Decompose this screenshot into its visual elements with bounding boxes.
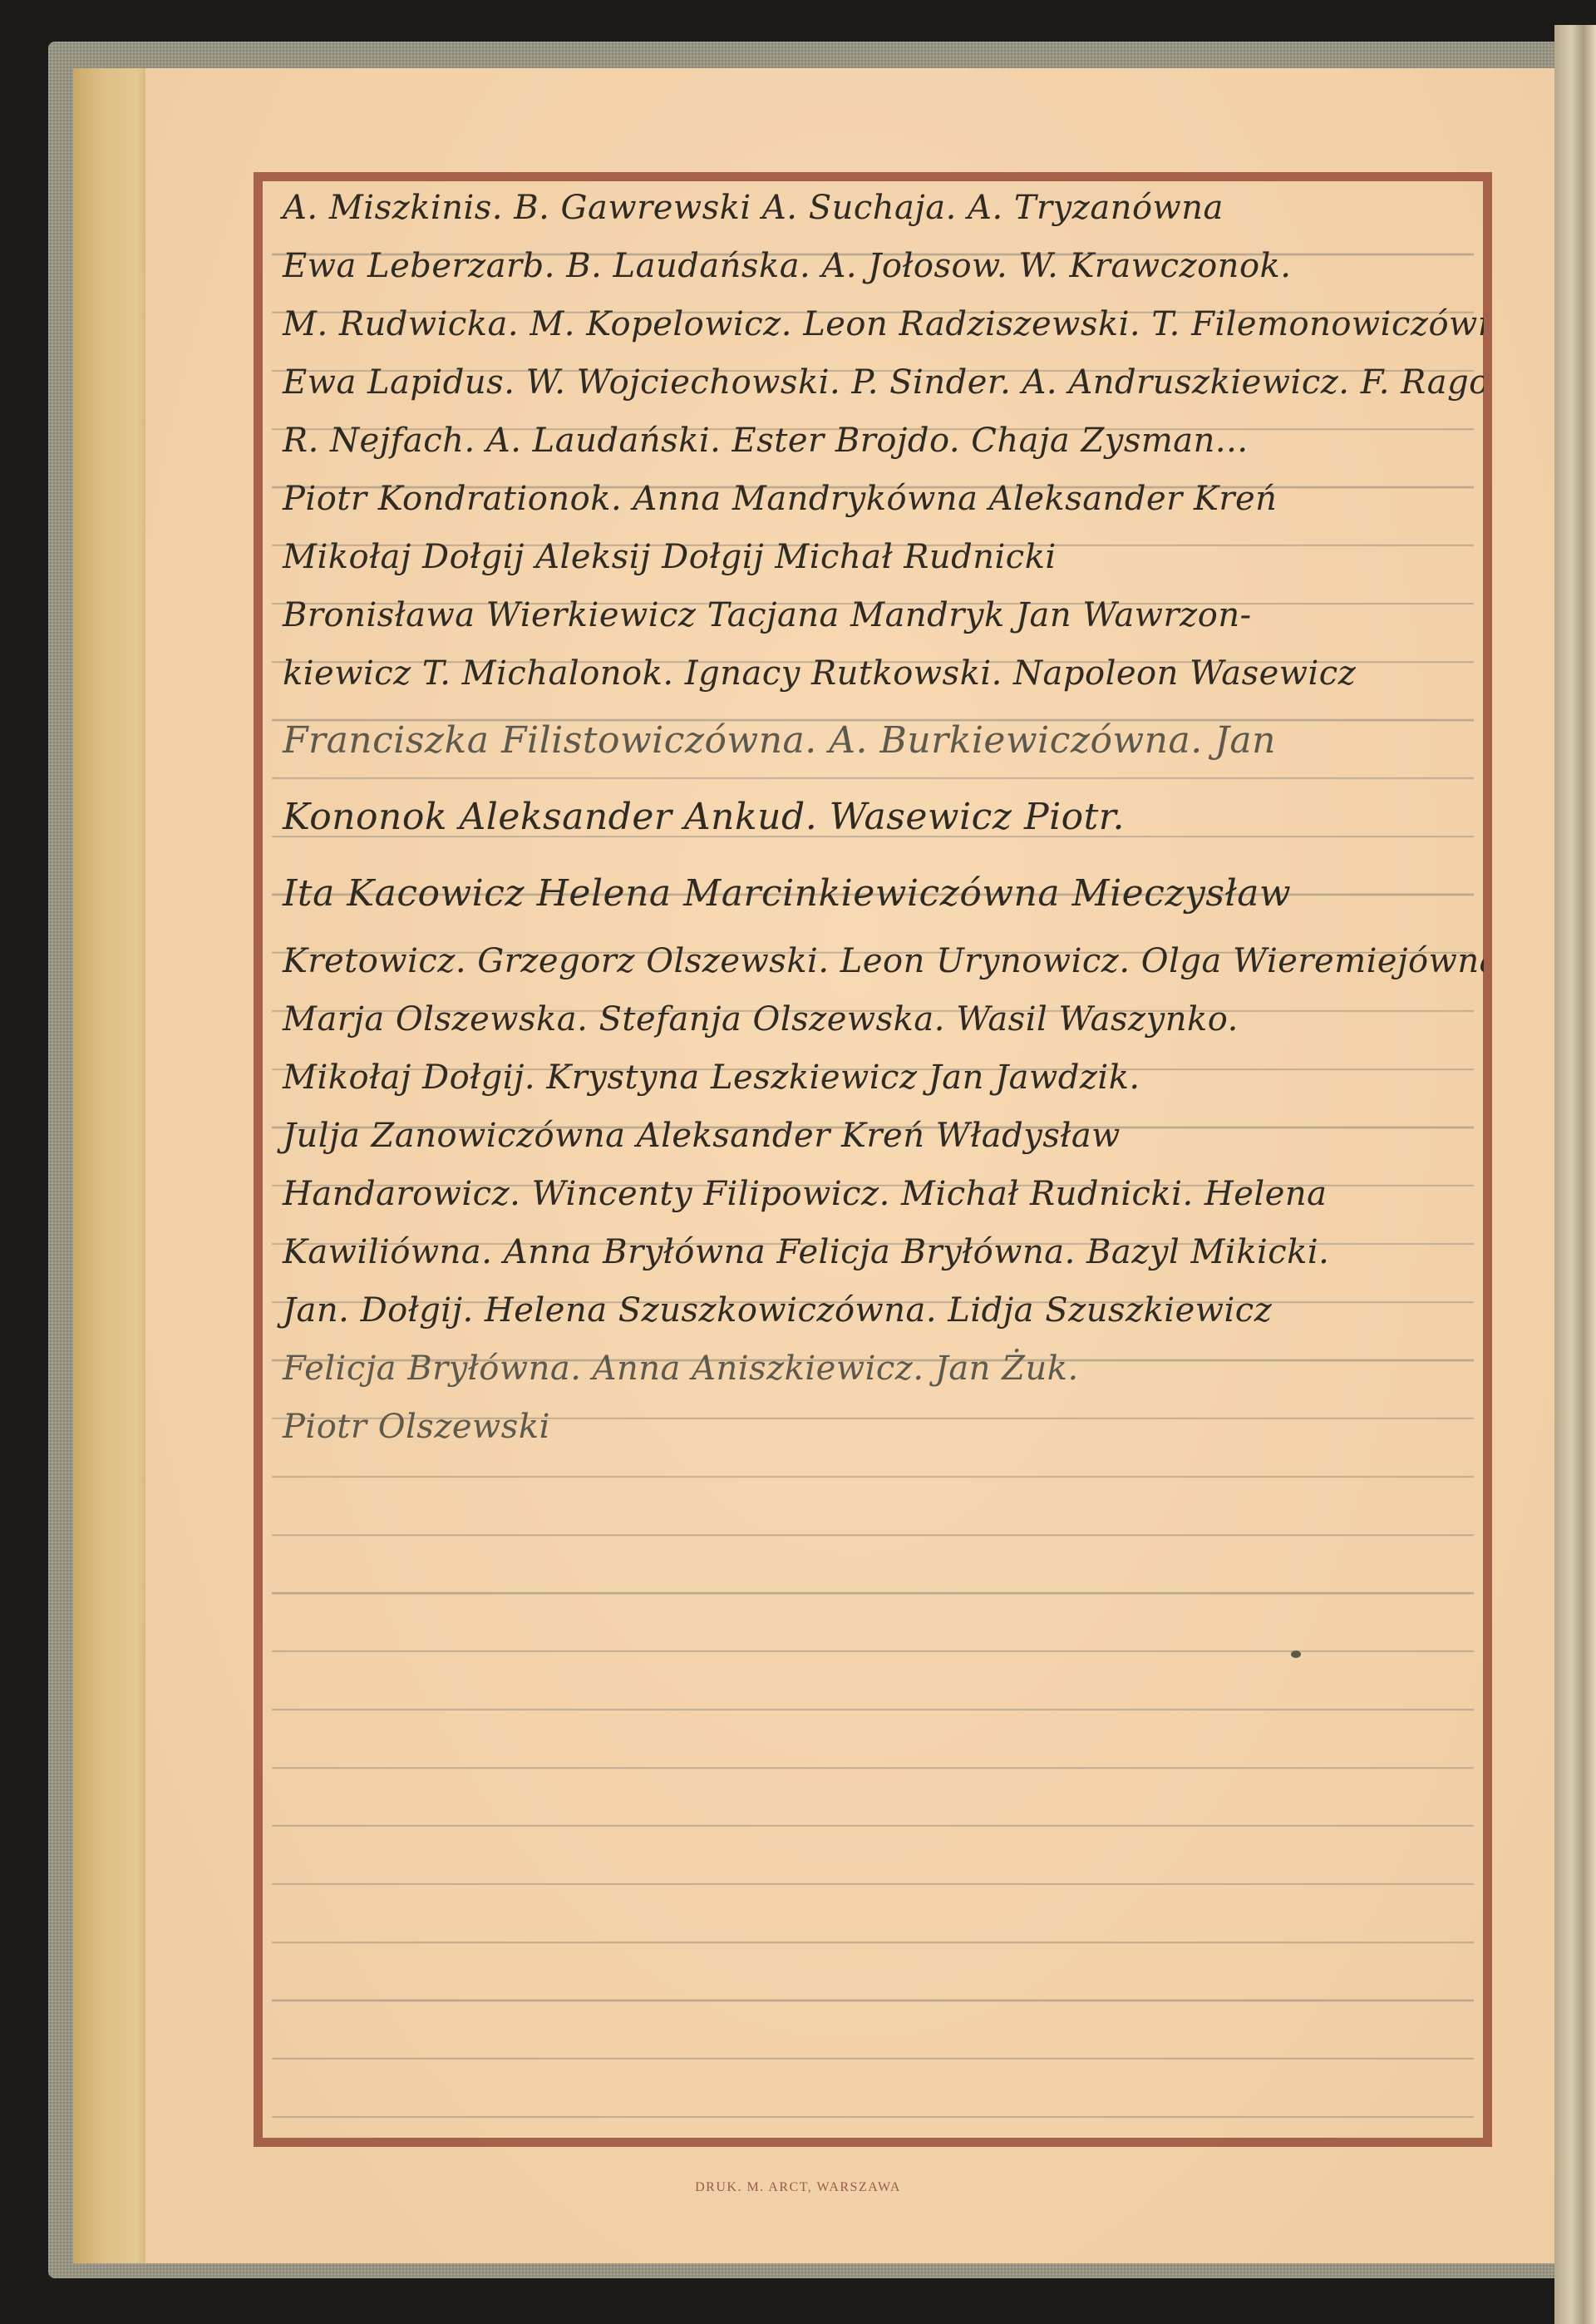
handwritten-line: Franciszka Filistowiczówna. A. Burkiewic…	[274, 703, 1484, 779]
handwritten-line: Piotr Kondrationok. Anna Mandrykówna Ale…	[274, 470, 1484, 528]
printer-imprint: DRUK. M. ARCT, WARSZAWA	[0, 2180, 1596, 2195]
handwritten-line: Ita Kacowicz Helena Marcinkiewiczówna Mi…	[274, 856, 1484, 932]
ink-spot	[1291, 1650, 1301, 1658]
handwritten-name-list: A. Miszkinis. B. Gawrewski A. Suchaja. A…	[274, 179, 1484, 1456]
handwritten-line: Mikołaj Dołgij. Krystyna Leszkiewicz Jan…	[274, 1049, 1484, 1107]
handwritten-line: Mikołaj Dołgij Aleksij Dołgij Michał Rud…	[274, 528, 1484, 586]
handwritten-line: Marja Olszewska. Stefanja Olszewska. Was…	[274, 990, 1484, 1049]
handwritten-line: Ewa Leberzarb. B. Laudańska. A. Jołosow.…	[274, 237, 1484, 295]
handwritten-line: Bronisława Wierkiewicz Tacjana Mandryk J…	[274, 586, 1484, 644]
handwritten-line: Felicja Bryłówna. Anna Aniszkiewicz. Jan…	[274, 1340, 1484, 1398]
handwritten-line: Handarowicz. Wincenty Filipowicz. Michał…	[274, 1165, 1484, 1223]
handwritten-line: kiewicz T. Michalonok. Ignacy Rutkowski.…	[274, 644, 1484, 703]
book-gutter	[1554, 25, 1596, 2324]
handwritten-line: Kretowicz. Grzegorz Olszewski. Leon Uryn…	[274, 932, 1484, 990]
handwritten-line: Kawiliówna. Anna Bryłówna Felicja Bryłów…	[274, 1223, 1484, 1281]
page-edges	[73, 68, 148, 2263]
handwritten-line: Ewa Lapidus. W. Wojciechowski. P. Sinder…	[274, 353, 1484, 412]
handwritten-line: Kononok Aleksander Ankud. Wasewicz Piotr…	[274, 779, 1484, 856]
handwritten-line: A. Miszkinis. B. Gawrewski A. Suchaja. A…	[274, 179, 1484, 237]
handwritten-line: Jan. Dołgij. Helena Szuszkowiczówna. Lid…	[274, 1281, 1484, 1340]
handwritten-line: Julja Zanowiczówna Aleksander Kreń Włady…	[274, 1107, 1484, 1165]
handwritten-line: Piotr Olszewski	[274, 1398, 1484, 1456]
handwritten-line: M. Rudwicka. M. Kopelowicz. Leon Radzisz…	[274, 295, 1484, 353]
handwritten-line: R. Nejfach. A. Laudański. Ester Brojdo. …	[274, 412, 1484, 470]
